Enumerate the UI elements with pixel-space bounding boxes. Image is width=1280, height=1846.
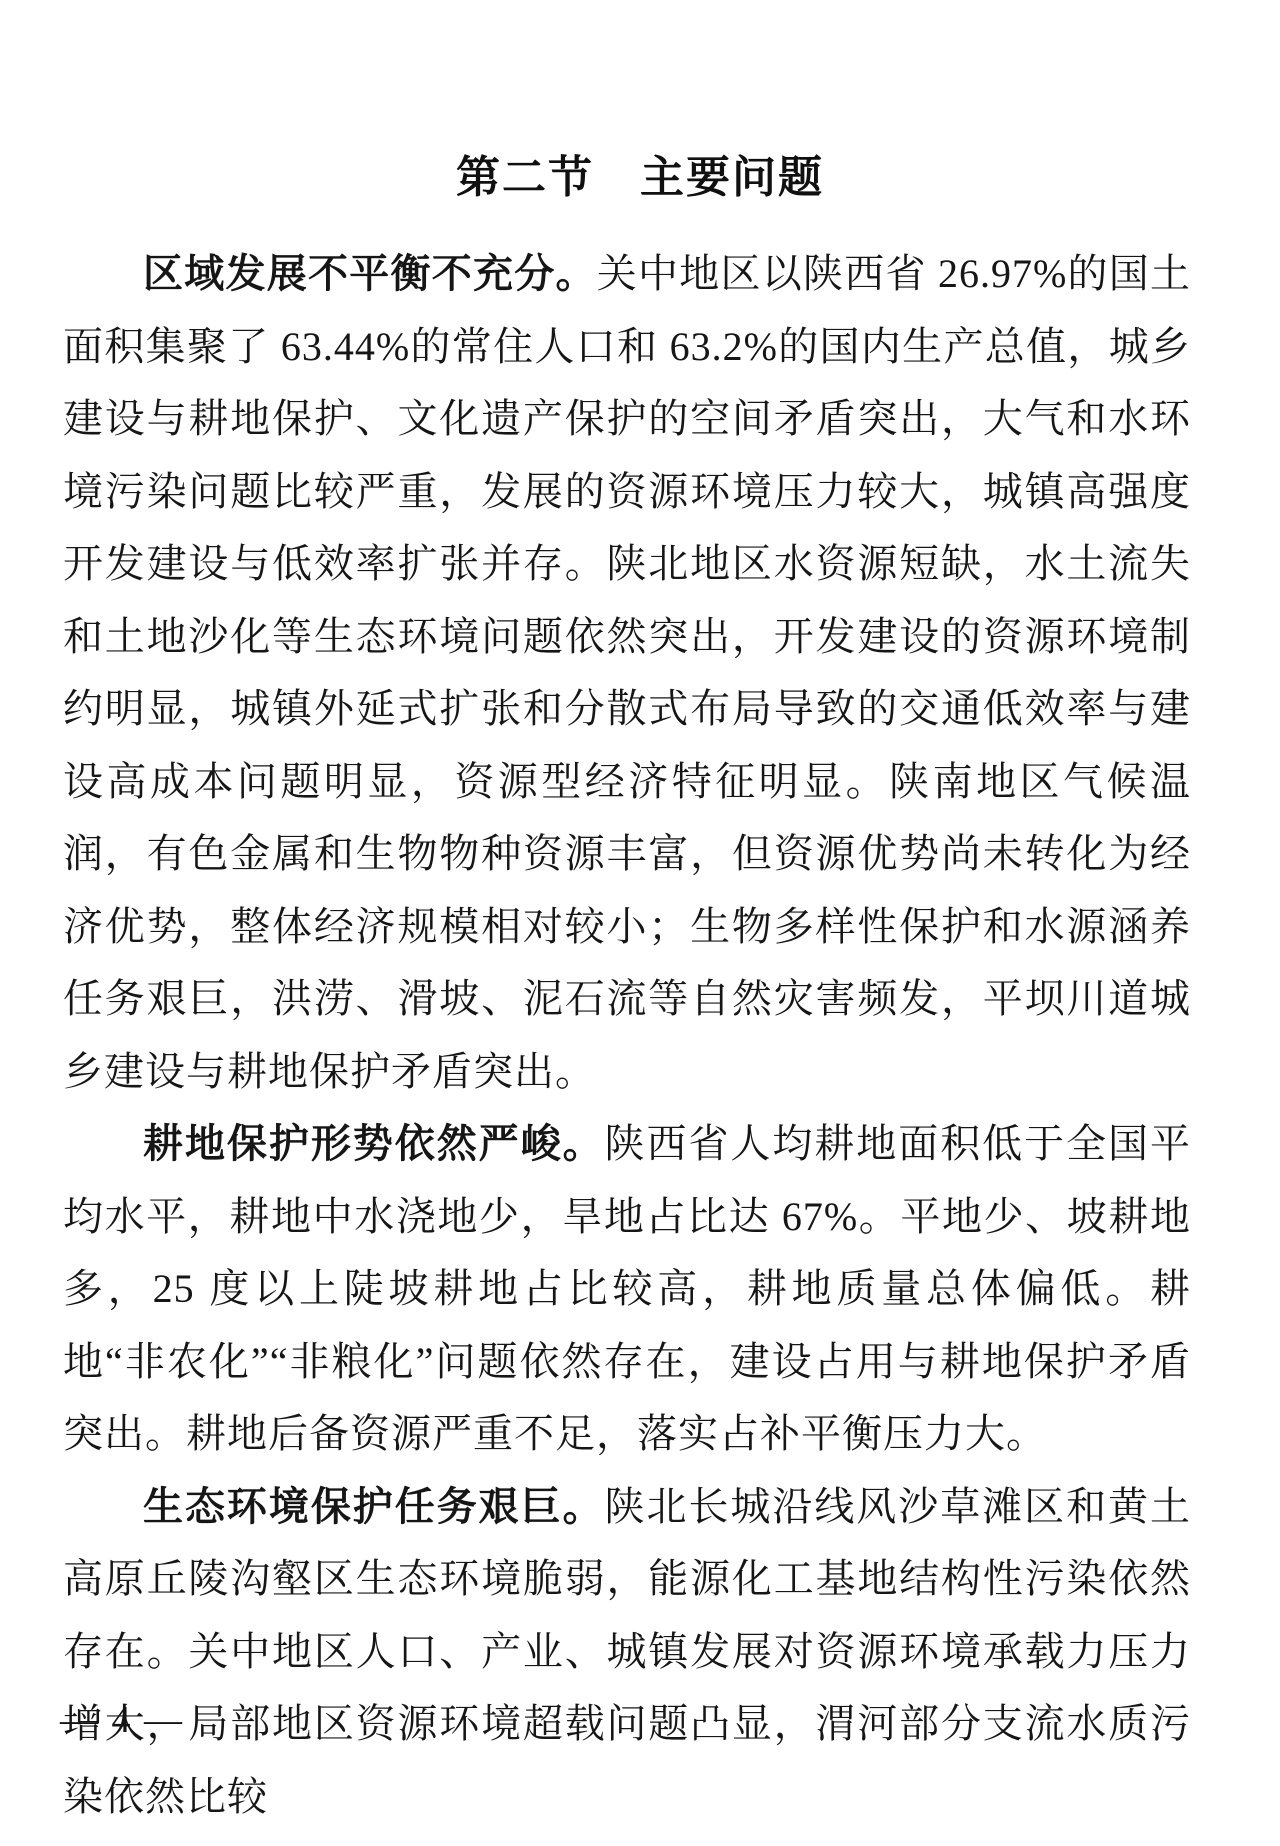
- paragraph-text: 陕北长城沿线风沙草滩区和黄土高原丘陵沟壑区生态环境脆弱，能源化工基地结构性污染依…: [63, 1484, 1191, 1819]
- document-page: 第二节 主要问题 区域发展不平衡不充分。关中地区以陕西省 26.97%的国土面积…: [0, 0, 1280, 1846]
- section-title: 第二节 主要问题: [0, 141, 1280, 205]
- page-number: — 4 —: [60, 1698, 184, 1742]
- paragraph-farmland-protection: 耕地保护形势依然严峻。陕西省人均耕地面积低于全国平均水平，耕地中水浇地少，旱地占…: [63, 1108, 1191, 1471]
- paragraph-text: 关中地区以陕西省 26.97%的国土面积集聚了 63.44%的常住人口和 63.…: [63, 251, 1191, 1094]
- paragraph-lead: 耕地保护形势依然严峻。: [143, 1122, 605, 1166]
- document-body: 区域发展不平衡不充分。关中地区以陕西省 26.97%的国土面积集聚了 63.44…: [63, 238, 1191, 1833]
- paragraph-lead: 生态环境保护任务艰巨。: [143, 1485, 605, 1529]
- paragraph-lead: 区域发展不平衡不充分。: [143, 252, 597, 296]
- paragraph-regional-imbalance: 区域发展不平衡不充分。关中地区以陕西省 26.97%的国土面积集聚了 63.44…: [63, 238, 1191, 1108]
- paragraph-text: 陕西省人均耕地面积低于全国平均水平，耕地中水浇地少，旱地占比达 67%。平地少、…: [63, 1121, 1191, 1456]
- paragraph-ecological-protection: 生态环境保护任务艰巨。陕北长城沿线风沙草滩区和黄土高原丘陵沟壑区生态环境脆弱，能…: [63, 1471, 1191, 1834]
